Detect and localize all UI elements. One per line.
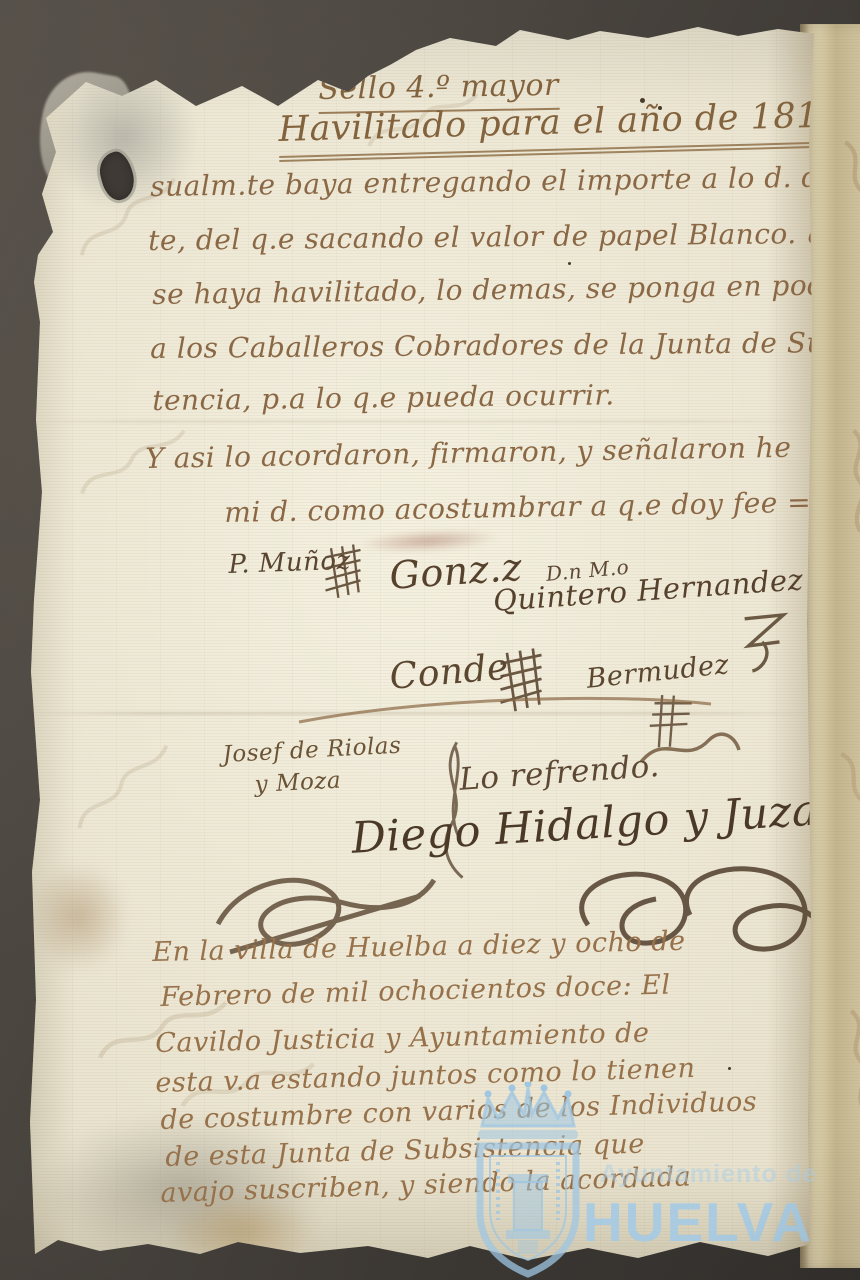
act-line: Febrero de mil ochocientos doce: El [160,970,671,1013]
manuscript-page: Sello 4.º mayor Havilitado para el año d… [28,22,814,1262]
body-line: sualm.te baya entregando el importe a lo… [150,160,860,203]
signature-riolas: Josef de Riolas [222,733,402,768]
body-line: se haya havilitado, lo demas, se ponga e… [152,268,857,311]
body-line: te, del q.e sacando el valor de papel Bl… [148,217,860,257]
showthrough-writing [834,425,860,538]
watermark-organization: Ayuntamiento de [600,1160,817,1189]
accord-line: Y asi lo acordaron, firmaron, y señalaro… [145,431,792,475]
signature-refrendo: Lo refrendo. [458,748,661,798]
body-line: a los Caballeros Cobradores de la Junta … [150,326,860,365]
accord-line: mi d. como acostumbrar a q.e doy fee = [224,486,811,529]
manuscript-photo: Sello 4.º mayor Havilitado para el año d… [0,0,860,1280]
huelva-crest-icon [458,1082,598,1280]
rubric-flourish [320,544,366,602]
showthrough-writing [839,1005,860,1116]
signature-riolas-2: y Moza [254,767,342,797]
watermark-city: HUELVA [583,1190,813,1254]
showthrough-writing [832,744,860,859]
brown-stain-left [28,862,128,972]
ink-spot [568,262,571,265]
rubric-flourish [735,607,793,675]
ink-spot [728,1067,731,1070]
showthrough-writing [58,734,188,840]
showthrough-writing [836,135,860,248]
fold-crease [28,420,814,423]
body-line: tencia, p.a lo q.e pueda ocurrir. [152,378,615,417]
